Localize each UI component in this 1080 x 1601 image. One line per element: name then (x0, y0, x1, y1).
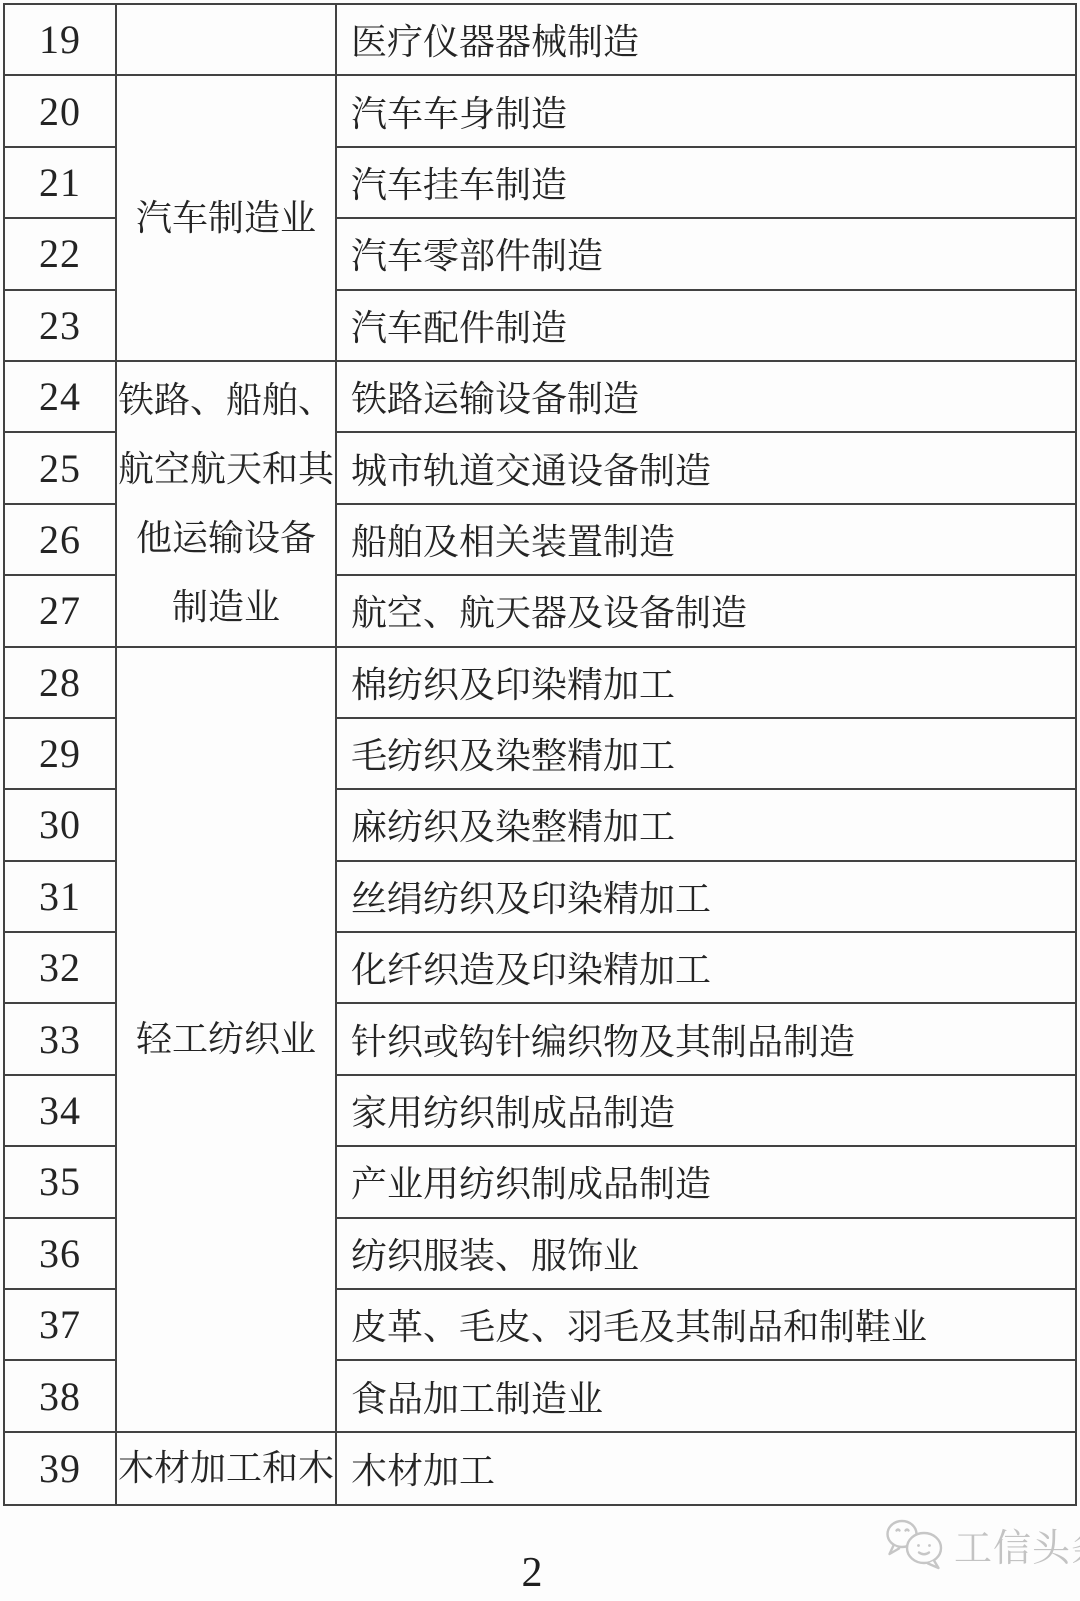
row-number: 26 (4, 504, 116, 575)
row-number: 21 (4, 147, 116, 218)
row-number: 37 (4, 1289, 116, 1360)
category-cell: 铁路、船舶、 航空航天和其 他运输设备 制造业 (116, 361, 336, 647)
category-cell: 轻工纺织业 (116, 647, 336, 1432)
industry-table: 19 医疗仪器器械制造 20 汽车制造业 汽车车身制造 21 汽车挂车制造 22… (3, 3, 1077, 1506)
row-number: 31 (4, 861, 116, 932)
industry-cell: 铁路运输设备制造 (336, 361, 1076, 432)
industry-cell: 棉纺织及印染精加工 (336, 647, 1076, 718)
row-number: 34 (4, 1075, 116, 1146)
industry-cell: 汽车配件制造 (336, 290, 1076, 361)
row-number: 35 (4, 1146, 116, 1217)
table-row: 19 医疗仪器器械制造 (4, 4, 1076, 75)
industry-cell: 医疗仪器器械制造 (336, 4, 1076, 75)
industry-cell: 皮革、毛皮、羽毛及其制品和制鞋业 (336, 1289, 1076, 1360)
industry-cell: 船舶及相关装置制造 (336, 504, 1076, 575)
industry-cell: 产业用纺织制成品制造 (336, 1146, 1076, 1217)
row-number: 25 (4, 432, 116, 503)
row-number: 27 (4, 575, 116, 646)
document-page: 19 医疗仪器器械制造 20 汽车制造业 汽车车身制造 21 汽车挂车制造 22… (0, 0, 1080, 1601)
industry-cell: 麻纺织及染整精加工 (336, 789, 1076, 860)
industry-cell: 纺织服装、服饰业 (336, 1218, 1076, 1289)
row-number: 36 (4, 1218, 116, 1289)
row-number: 19 (4, 4, 116, 75)
watermark-label: 工信头条 (954, 1517, 1080, 1572)
industry-cell: 汽车车身制造 (336, 75, 1076, 146)
table-row: 20 汽车制造业 汽车车身制造 (4, 75, 1076, 146)
industry-cell: 汽车挂车制造 (336, 147, 1076, 218)
row-number: 32 (4, 932, 116, 1003)
industry-cell: 毛纺织及染整精加工 (336, 718, 1076, 789)
row-number: 30 (4, 789, 116, 860)
table-row: 39 木材加工和木 木材加工 (4, 1432, 1076, 1505)
table-row: 24 铁路、船舶、 航空航天和其 他运输设备 制造业 铁路运输设备制造 (4, 361, 1076, 432)
industry-cell: 航空、航天器及设备制造 (336, 575, 1076, 646)
category-cell: 汽车制造业 (116, 75, 336, 361)
category-cell (116, 4, 336, 75)
table-row: 28 轻工纺织业 棉纺织及印染精加工 (4, 647, 1076, 718)
row-number: 23 (4, 290, 116, 361)
chat-bubbles-icon (884, 1517, 950, 1571)
row-number: 20 (4, 75, 116, 146)
industry-cell: 食品加工制造业 (336, 1360, 1076, 1431)
row-number: 28 (4, 647, 116, 718)
row-number: 29 (4, 718, 116, 789)
industry-cell: 针织或钩针编织物及其制品制造 (336, 1003, 1076, 1074)
category-cell: 木材加工和木 (116, 1432, 336, 1505)
industry-cell: 木材加工 (336, 1432, 1076, 1505)
industry-cell: 丝绢纺织及印染精加工 (336, 861, 1076, 932)
row-number: 39 (4, 1432, 116, 1505)
row-number: 24 (4, 361, 116, 432)
industry-cell: 化纤织造及印染精加工 (336, 932, 1076, 1003)
industry-cell: 汽车零部件制造 (336, 218, 1076, 289)
industry-cell: 城市轨道交通设备制造 (336, 432, 1076, 503)
row-number: 33 (4, 1003, 116, 1074)
industry-cell: 家用纺织制成品制造 (336, 1075, 1076, 1146)
row-number: 22 (4, 218, 116, 289)
watermark: 工信头条 (884, 1516, 1080, 1572)
row-number: 38 (4, 1360, 116, 1431)
